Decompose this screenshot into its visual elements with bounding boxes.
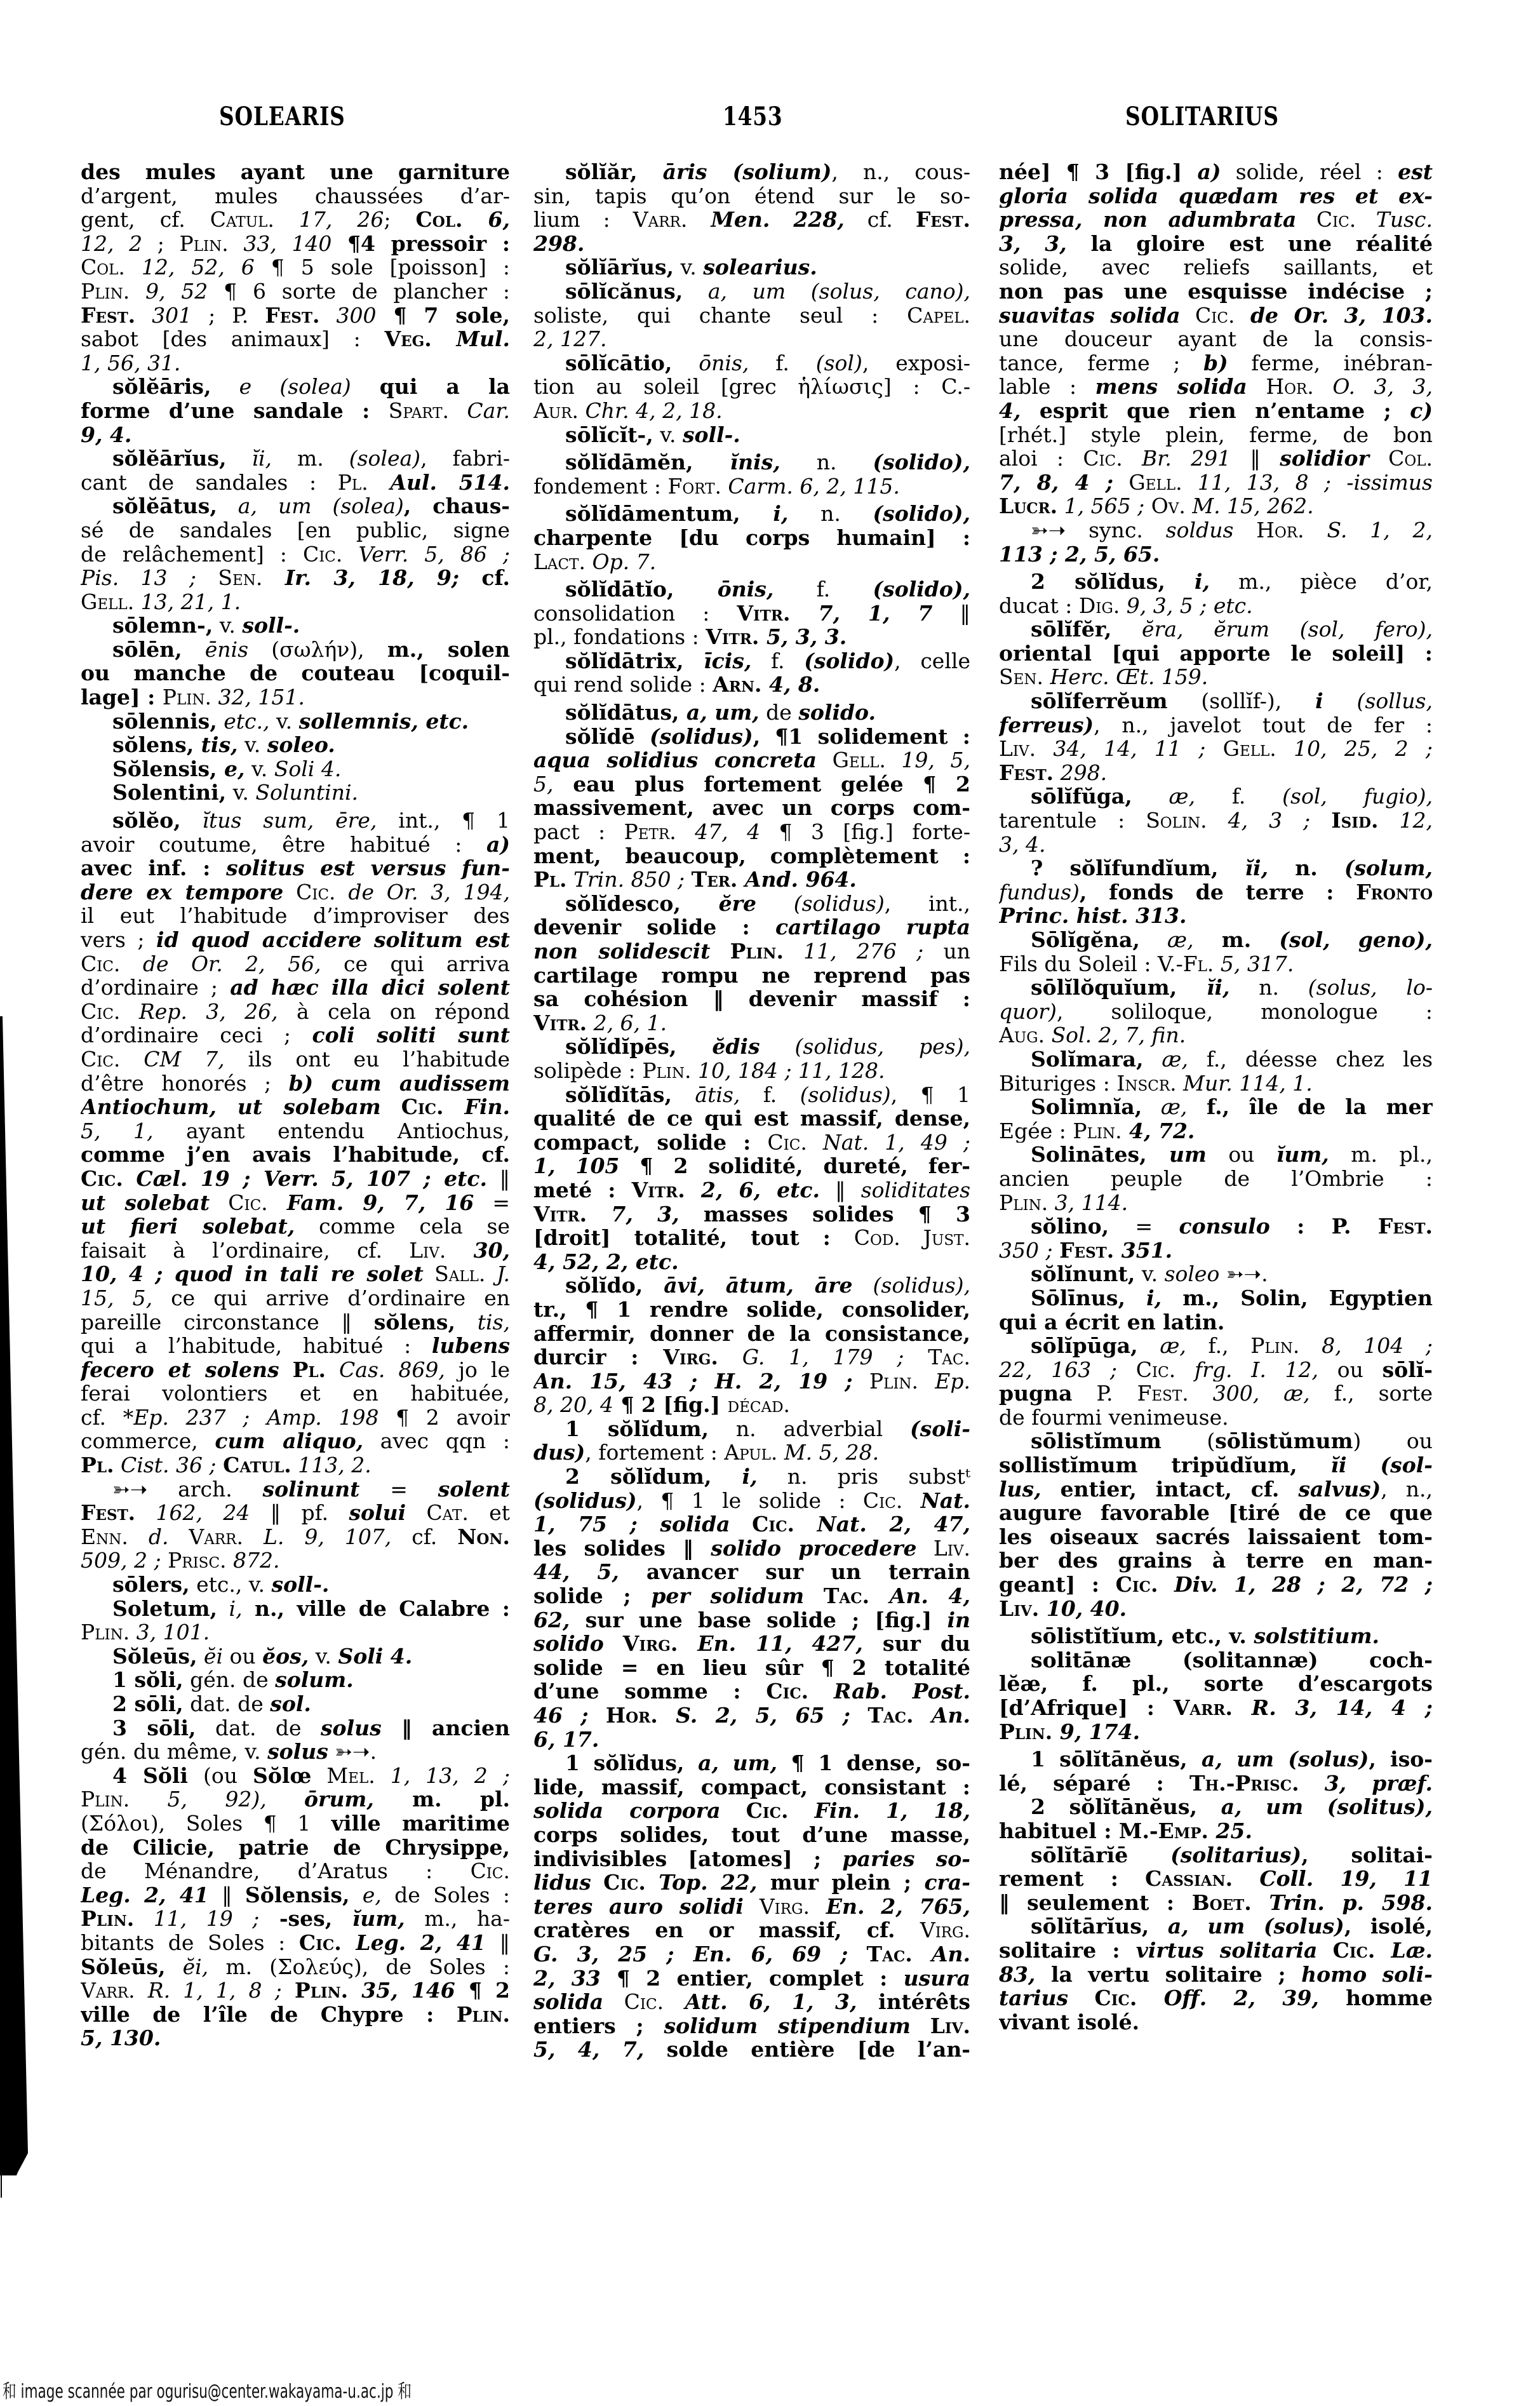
text-run: sur du xyxy=(863,1632,970,1656)
entry-headline: sŏlĭdāmentum, i, n. (solido), xyxy=(533,502,970,526)
text-run: (solidus) xyxy=(533,1489,637,1513)
text-run: ment, beaucoup, complètement : xyxy=(533,844,970,868)
text-run: Virg. xyxy=(623,1632,678,1656)
entry-line: 1, 75 ; solida Cic. Nat. 2, 47, xyxy=(533,1512,970,1536)
text-run: solus xyxy=(267,1740,328,1764)
entry-line: forme d’une sandale : Spart. Car. xyxy=(81,399,510,423)
text-run: Antiochum, ut solebam xyxy=(81,1095,381,1119)
text-run: , chaus- xyxy=(404,494,510,518)
text-run: sōlistĭtĭum, xyxy=(1031,1624,1164,1648)
text-run: 11, 13, 8 ; -issimus xyxy=(1182,471,1433,495)
text-run: d’argent, mules chaussées d’ar- xyxy=(81,184,510,208)
text-run: (solidus) xyxy=(800,1083,891,1107)
text-run: ce qui arrive d’ordinaire en xyxy=(152,1286,510,1310)
text-run: Gell. xyxy=(1223,737,1276,761)
entry-headline: Solimnĭa, æ, f., île de la mer xyxy=(999,1095,1433,1119)
text-run xyxy=(217,1453,224,1477)
text-run: solipède : xyxy=(533,1059,642,1083)
text-run: ; xyxy=(384,208,415,232)
entry-line: durcir : Virg. G. 1, 179 ; Tac. xyxy=(533,1345,970,1369)
text-run: ferai volontiers et en habituée, xyxy=(81,1381,510,1406)
text-run: Nat. xyxy=(902,1489,970,1513)
entry-headline: Sōlīnus, i, m., Solin, Egyptien xyxy=(999,1286,1433,1310)
text-run: ) ou xyxy=(1353,1429,1433,1453)
entry-line: qui rend solide : Arn. 4, 8. xyxy=(533,673,970,697)
entry-line: 298. xyxy=(533,232,970,256)
text-run: 17, 26 xyxy=(274,208,384,232)
text-run: sōlĭcĭt-, xyxy=(565,423,653,447)
entry-headline: Sŏleūs, ĕi ou ĕos, v. Soli 4. xyxy=(81,1644,510,1669)
entry-line: d’une somme : Cic. Rab. Post. xyxy=(533,1679,970,1704)
entry-line: des mules ayant une garniture xyxy=(81,160,510,184)
entry-line: Fest. 301 ; P. Fest. 300 ¶ 7 sole, xyxy=(81,304,510,328)
text-run: pact : xyxy=(533,820,624,844)
text-run: sé de sandales [en public, signe xyxy=(81,518,510,542)
entry-line: Aug. Sol. 2, 7, fin. xyxy=(999,1023,1433,1047)
entry-line: une douceur ayant de la consis- xyxy=(999,327,1433,351)
text-run: Mel. xyxy=(326,1764,375,1788)
text-run: 1, 75 ; solida xyxy=(533,1512,730,1536)
text-run xyxy=(1310,809,1331,833)
text-run: Vitr. xyxy=(706,625,759,649)
text-run: durcir : xyxy=(533,1345,663,1369)
text-run: teres auro solidi xyxy=(533,1895,744,1919)
text-run: Solĭmara, xyxy=(1031,1047,1143,1072)
entry-line: Sen. Herc. Œt. 159. xyxy=(999,665,1433,689)
text-run: solui xyxy=(349,1501,406,1525)
text-run: Sŏlensis, xyxy=(245,1883,350,1907)
text-run: L. 9, 107, xyxy=(243,1525,391,1549)
entry-line: 10, 4 ; quod in tali re solet Sall. J. xyxy=(81,1262,510,1286)
text-run: des mules ayant une garniture xyxy=(81,160,510,184)
text-run: Aur. xyxy=(533,399,579,423)
text-run: Cat. xyxy=(426,1501,468,1525)
entry-headline: sōlistĭtĭum, etc., v. solstitium. xyxy=(999,1624,1433,1648)
text-run: ils ont eu l’habitude xyxy=(225,1047,510,1072)
entry-line: ment, beaucoup, complètement : xyxy=(533,844,970,868)
text-run: 300 xyxy=(319,304,376,328)
text-run: ou xyxy=(1318,1358,1383,1382)
text-run: sōlĭferrĕum xyxy=(1031,689,1168,713)
entry-line: d’argent, mules chaussées d’ar- xyxy=(81,184,510,208)
text-run: m. pl., xyxy=(1329,1143,1433,1167)
text-run: de Ménandre, d’Aratus : xyxy=(81,1859,471,1883)
text-run: 4, xyxy=(999,399,1021,423)
text-run xyxy=(311,1764,326,1788)
entry-headline: sŏlens, tis, v. soleo. xyxy=(81,733,510,757)
text-run: tion au soleil [grec ἡλίωσις] : C.- xyxy=(533,375,970,399)
entry-headline: sōlĭfĕr, ĕra, ĕrum (sol, fero), xyxy=(999,617,1433,642)
text-run: de fourmi venimeuse. xyxy=(999,1406,1229,1430)
text-run: Solinātes, xyxy=(1031,1143,1147,1167)
entry-headline: sŏlĭdē (solidus), ¶1 solidement : xyxy=(533,725,970,749)
text-run: Sōlĭgĕna, xyxy=(1031,928,1140,952)
text-run: n., ville de Calabre : xyxy=(243,1597,510,1621)
text-run: Cic. xyxy=(81,1000,120,1024)
entry-line: Gell. 13, 21, 1. xyxy=(81,590,510,614)
scan-edge-shadow xyxy=(0,0,38,2406)
text-run: f. xyxy=(773,577,873,601)
text-run: , isolé, xyxy=(1344,1914,1433,1939)
text-run: soll-. xyxy=(242,614,300,638)
text-run: O. 3, 3, xyxy=(1314,375,1433,399)
text-run: tarius xyxy=(999,1986,1068,2010)
entry-line: 83, la vertu solitaire ; homo soli- xyxy=(999,1963,1433,1987)
entry-line: 3, 3, la gloire est une réalité xyxy=(999,232,1433,256)
text-run: solido. xyxy=(798,701,876,725)
entry-line: cf. *Ep. 237 ; Amp. 198 ¶ 2 avoir xyxy=(81,1406,510,1430)
text-run xyxy=(730,1512,753,1536)
text-run: solitānæ xyxy=(1031,1648,1131,1672)
text-run: ➳➝ sync. xyxy=(1031,518,1166,542)
text-run: d’ordinaire ceci ; xyxy=(81,1023,312,1047)
text-run: Cic. xyxy=(1116,1573,1158,1597)
text-run: Soluntini. xyxy=(255,781,358,805)
text-run: Mul. xyxy=(432,327,510,351)
text-run: Aug. xyxy=(999,1023,1045,1047)
text-run: m. xyxy=(272,447,349,471)
text-run: avoir coutume, être habitué : xyxy=(81,833,486,857)
text-run: Vitr. xyxy=(737,601,790,626)
text-run: sōlĭcātio, xyxy=(565,351,672,375)
text-run: les oiseaux sacrés laissaient tom- xyxy=(999,1525,1433,1549)
text-run: Princ. hist. 313. xyxy=(999,904,1187,928)
entry-line: charpente [du corps humain] : xyxy=(533,526,970,550)
text-run: 19, 5, xyxy=(886,748,970,772)
text-run: intérêts xyxy=(857,1990,970,2014)
text-run: 113 ; 2, 5, 65. xyxy=(999,542,1160,567)
text-run: , iso- xyxy=(1369,1747,1433,1771)
text-run xyxy=(591,1871,603,1895)
text-run: solida corpora xyxy=(533,1799,721,1823)
text-run: pl., fondations : xyxy=(533,625,706,649)
text-run: cf. xyxy=(845,208,916,232)
text-run: 62, xyxy=(533,1608,570,1632)
text-run: ĕre xyxy=(681,892,756,916)
text-run: f., xyxy=(1186,1334,1250,1358)
text-run: 3, 114. xyxy=(1048,1191,1128,1215)
text-run: une douceur ayant de la consis- xyxy=(999,327,1433,351)
text-run: Cæl. 19 ; Verr. 5, 107 ; etc. xyxy=(123,1167,487,1191)
text-run: et xyxy=(469,1501,510,1525)
text-run: (solitannæ) xyxy=(1131,1648,1369,1672)
text-run: non pas une esquisse indécise ; xyxy=(999,279,1433,304)
text-run: oriental [qui apporte le soleil] : xyxy=(999,642,1433,666)
text-run: avec inf. : xyxy=(81,856,226,880)
text-run: sŏlĭārĭus, xyxy=(565,255,674,279)
text-run: i, xyxy=(1125,1286,1162,1310)
entry-line: lium : Varr. Men. 228, cf. Fest. xyxy=(533,208,970,232)
entry-line: 5, 1, ayant entendu Antiochus, xyxy=(81,1119,510,1143)
text-run: (sol, fugio), xyxy=(1282,784,1433,809)
text-run: tance, ferme ; xyxy=(999,351,1203,375)
entry-line: Cic. Cæl. 19 ; Verr. 5, 107 ; etc. ‖ xyxy=(81,1167,510,1191)
text-run: Varr. xyxy=(81,1979,135,2003)
entry-line: Aur. Chr. 4, 2, 18. xyxy=(533,399,970,423)
entry-line: 509, 2 ; Prisc. 872. xyxy=(81,1549,510,1573)
text-run: (sollĭf-), xyxy=(1168,689,1316,713)
text-run xyxy=(282,1979,295,2003)
text-run: : P. xyxy=(1270,1214,1378,1239)
text-run: id quod accidere solitum est xyxy=(156,928,510,952)
text-run: sŏlĭdātĭo, xyxy=(565,577,674,601)
entry-headline: Solentini, v. Soluntini. xyxy=(81,781,510,805)
entry-line: Fest. 162, 24 ‖ pf. solui Cat. et xyxy=(81,1501,510,1525)
entry-line: Egée : Plin. 4, 72. xyxy=(999,1119,1433,1143)
entry-line: 46 ; Hor. S. 2, 5, 65 ; Tac. An. xyxy=(533,1704,970,1728)
text-run: G. 1, 179 ; xyxy=(718,1345,904,1369)
entry-line: lable : mens solida Hor. O. 3, 3, xyxy=(999,375,1433,399)
text-run: ou xyxy=(1207,1143,1276,1167)
text-run xyxy=(817,748,833,772)
entry-line: Antiochum, ut solebam Cic. Fin. xyxy=(81,1095,510,1119)
text-run: ? sŏlĭfundĭum, xyxy=(1031,856,1218,880)
text-run: 509, 2 ; xyxy=(81,1549,161,1573)
text-run: Plin. xyxy=(999,1191,1048,1215)
entry-headline: Solĭmara, æ, f., déesse chez les xyxy=(999,1047,1433,1072)
text-run: e (solea) xyxy=(211,375,351,399)
text-run: e, xyxy=(217,757,245,781)
text-run: æ, xyxy=(1138,1334,1186,1358)
text-run: (solidus) xyxy=(635,725,753,749)
text-run: i, xyxy=(1165,570,1210,594)
text-run: Pl. xyxy=(293,1358,326,1382)
entry-line: Vitr. 2, 6, 1. xyxy=(533,1011,970,1035)
text-run: ‖ pf. xyxy=(250,1501,349,1525)
text-run: tarentule : xyxy=(999,809,1146,833)
text-run: Nat. 1, 49 ; xyxy=(807,1131,970,1155)
text-run: solstitium. xyxy=(1254,1624,1379,1648)
text-run: sŏlĭdāmentum, xyxy=(565,502,740,526)
text-run: solitus est versus fun- xyxy=(226,856,510,880)
entry-line: fondement : Fort. Carm. 6, 2, 115. xyxy=(533,474,970,499)
entry-line: de relâchement] : Cic. Verr. 5, 86 ; xyxy=(81,542,510,567)
text-run: solido xyxy=(533,1632,604,1656)
text-run: ‖ xyxy=(209,1883,245,1907)
entry-headline: sŏlĕārĭus, ĭi, m. (solea), fabri- xyxy=(81,447,510,471)
text-run: soll-. xyxy=(272,1573,330,1597)
text-run: 1, 56, 31. xyxy=(81,351,180,375)
text-run: ĭi, xyxy=(227,447,272,471)
text-run: (solus, lo- xyxy=(1308,976,1433,1000)
running-head-left: SOLEARIS xyxy=(219,102,345,131)
entry-headline: sŏlĭdĭpēs, ĕdis (solidus, pes), xyxy=(533,1035,970,1059)
text-run: Mur. 114, 1. xyxy=(1177,1072,1313,1096)
text-run: f. xyxy=(1195,784,1282,809)
entry-line: dere ex tempore Cic. de Or. 3, 194, xyxy=(81,880,510,904)
text-run: meté : xyxy=(533,1178,632,1202)
entry-headline: sŏlĭdāmĕn, ĭnis, n. (solido), xyxy=(533,450,970,474)
text-run: la vertu solitaire ; xyxy=(1035,1963,1301,1987)
entry-line: geant] : Cic. Div. 1, 28 ; 2, 72 ; xyxy=(999,1573,1433,1597)
entry-line: ferai volontiers et en habituée, xyxy=(81,1381,510,1406)
text-run: dere ex tempore xyxy=(81,880,283,904)
text-run: Fl. xyxy=(1183,952,1214,976)
text-run xyxy=(1181,304,1196,328)
entry-line: quor), soliloque, monologue : xyxy=(999,1000,1433,1024)
entry-line: d’ordinaire ; ad hæc illa dici solent xyxy=(81,976,510,1000)
entry-line: fecero et solens Pl. Cas. 869, jo le xyxy=(81,1358,510,1382)
text-run: de Or. 2, 56, xyxy=(120,952,321,976)
text-run: a, um (solitus), xyxy=(1197,1795,1433,1819)
text-run: (sol, fero), xyxy=(1269,617,1433,642)
entry-line: G. 3, 25 ; En. 6, 69 ; Tac. An. xyxy=(533,1942,970,1966)
text-run: sŏlens, xyxy=(112,733,194,757)
text-run: est xyxy=(1398,160,1433,184)
text-run: , n., cous- xyxy=(831,160,970,184)
text-run: affermir, donner de la consistance, xyxy=(533,1322,970,1346)
entry-line: Pl. Trin. 850 ; Ter. And. 964. xyxy=(533,868,970,892)
text-run: a, um (solus) xyxy=(1149,1914,1344,1939)
text-run: Cic. xyxy=(863,1489,902,1513)
text-run: ville de l’île de Chypre : xyxy=(81,2003,457,2027)
entry-headline: 2 sōli, dat. de sol. xyxy=(81,1692,510,1716)
entry-headline: sŏlĕātus, a, um (solea), chaus- xyxy=(81,494,510,518)
entry-line: qualité de ce qui est massif, dense, xyxy=(533,1106,970,1131)
text-run: habituel : M.- xyxy=(999,1819,1158,1843)
text-run: ¶ 2 avoir xyxy=(378,1406,510,1430)
text-run: m. (Σολεύς), de Soles : xyxy=(208,1955,510,1979)
entry-headline: Sŏlensis, e, v. Soli 4. xyxy=(81,757,510,781)
entry-line: 15, 5, ce qui arrive d’ordinaire en xyxy=(81,1286,510,1310)
text-run: Cic. xyxy=(81,952,120,976)
text-run: 872. xyxy=(227,1549,280,1573)
entry-line: 12, 2 ; Plin. 33, 140 ¶4 pressoir : xyxy=(81,232,510,256)
entry-line: (Σόλοι), Soles ¶ 1 ville maritime xyxy=(81,1811,510,1836)
entry-headline: sōlēn, ēnis (σωλήν), m., solen xyxy=(81,638,510,662)
text-run: Fin. xyxy=(444,1095,510,1119)
text-run: 8, 104 ; xyxy=(1299,1334,1433,1358)
text-run: décad. xyxy=(728,1393,790,1417)
entry-line: solide, avec reliefs saillants, et xyxy=(999,255,1433,279)
text-run: f. xyxy=(749,351,815,375)
text-run: sōlĭfĕr, xyxy=(1031,617,1111,642)
text-run: 2, 33 xyxy=(533,1966,601,1991)
text-run: entier, intact, cf. xyxy=(1041,1477,1299,1502)
entry-line: 7, 8, 4 ; Gell. 11, 13, 8 ; -issimus xyxy=(999,471,1433,495)
entry-headline: sōlĭpūga, æ, f., Plin. 8, 104 ; xyxy=(999,1334,1433,1358)
text-run: sŏlĕātus, xyxy=(112,494,217,518)
text-run: Tusc. xyxy=(1356,208,1433,232)
text-run: per solidum xyxy=(651,1584,804,1608)
text-run: solide, réel : xyxy=(1221,160,1398,184)
text-run: sōlēn, xyxy=(112,638,182,662)
text-run xyxy=(381,1095,401,1119)
text-run: v. xyxy=(309,1644,338,1669)
text-run: Liv. xyxy=(999,1597,1039,1621)
entry-line: Fils du Soleil : V.-Fl. 5, 317. xyxy=(999,952,1433,976)
text-run: virtus solitaria xyxy=(1136,1939,1318,1963)
entry-headline: sōlĭtārĭē (solitarius), solitai- xyxy=(999,1843,1433,1867)
text-run: , celle xyxy=(894,649,970,673)
entry-line: pl., fondations : Vitr. 5, 3, 3. xyxy=(533,625,970,649)
text-run: 3, præf. xyxy=(1299,1771,1433,1796)
entry-line: Bituriges : Inscr. Mur. 114, 1. xyxy=(999,1072,1433,1096)
text-run: 4 Sŏli xyxy=(112,1764,188,1788)
text-run: ut fieri solebat, xyxy=(81,1214,295,1239)
text-run: solida xyxy=(533,1990,603,2014)
text-run: coch- xyxy=(1369,1648,1433,1672)
text-run: ĕos, xyxy=(262,1644,309,1669)
text-run: ‖ xyxy=(820,1178,861,1202)
text-run: Plin. xyxy=(1250,1334,1299,1358)
entry-line: cratères en or massif, cf. Virg. xyxy=(533,1918,970,1942)
text-run: (σωλήν), xyxy=(248,638,387,662)
entry-line: 113 ; 2, 5, 65. xyxy=(999,542,1433,567)
entry-line: affermir, donner de la consistance, xyxy=(533,1322,970,1346)
text-run: eau plus fortement gelée ¶ 2 xyxy=(554,772,971,796)
text-run: Tac. xyxy=(824,1584,869,1608)
text-run: ĭi (sol- xyxy=(1297,1453,1433,1477)
text-run: Fronto xyxy=(1356,880,1433,904)
text-run: solum. xyxy=(275,1668,354,1692)
entry-line: devenir solide : cartilago rupta xyxy=(533,915,970,939)
text-run: 3, 101. xyxy=(130,1620,210,1644)
text-run: v. xyxy=(674,255,703,279)
text-run: Cic. xyxy=(296,880,335,904)
text-run: sōlers, xyxy=(112,1573,190,1597)
text-run: solinunt xyxy=(263,1477,360,1502)
text-run: *Ep. 237 ; Amp. 198 xyxy=(123,1406,379,1430)
text-run: charpente [du corps humain] : xyxy=(533,526,970,550)
text-run: 12, 52, 6 xyxy=(125,255,255,279)
entry-line: solido Virg. En. 11, 427, sur du xyxy=(533,1632,970,1656)
text-run: n. adverbial xyxy=(709,1417,910,1441)
text-run: lable : xyxy=(999,375,1095,399)
entry-line: tance, ferme ; b) ferme, inébran- xyxy=(999,351,1433,375)
text-run: An. 4, xyxy=(869,1584,970,1608)
entry-headline: sŏlĕo, ĭtus sum, ēre, int., ¶ 1 xyxy=(81,809,510,833)
entry-headline: Soletum, i, n., ville de Calabre : xyxy=(81,1597,510,1621)
entry-line: Liv. 10, 40. xyxy=(999,1597,1433,1621)
text-run: Lact. xyxy=(533,550,586,574)
entry-line: cartilage rompu ne reprend pas xyxy=(533,964,970,988)
text-run: quor) xyxy=(999,1000,1057,1024)
text-run: pareille circonstance ‖ xyxy=(81,1310,374,1334)
text-run: Soletum, xyxy=(112,1597,217,1621)
text-run: dus) xyxy=(533,1441,585,1465)
text-run: ĭtus sum, ēre, xyxy=(181,809,377,833)
text-run: solide = en lieu sûr ¶ 2 totalité xyxy=(533,1656,970,1680)
entry-line: tr., ¶ 1 rendre solide, consolider, xyxy=(533,1298,970,1322)
text-run: vivant isolé. xyxy=(999,2010,1139,2034)
text-run: sollemnis, etc. xyxy=(299,709,469,734)
text-run: comme j’en avais l’habitude, cf. xyxy=(81,1143,510,1167)
entry-line: Pis. 13 ; Sen. Ir. 3, 18, 9; cf. xyxy=(81,566,510,590)
text-run: aqua solidius concreta xyxy=(533,748,817,772)
entry-line: ou manche de couteau [coquil- xyxy=(81,661,510,685)
text-run: Arn. xyxy=(713,673,761,697)
text-run: 34, 14, 11 ; xyxy=(1036,737,1205,761)
text-run: Inscr. xyxy=(1116,1072,1176,1096)
text-run: R. 3, 14, 4 ; xyxy=(1233,1696,1433,1720)
entry-line: augure favorable [tiré de ce que xyxy=(999,1501,1433,1525)
entry-line: lus, entier, intact, cf. salvus), n., xyxy=(999,1477,1433,1502)
text-run: cf. xyxy=(459,566,510,590)
text-run xyxy=(685,868,692,892)
entry-line: solide = en lieu sûr ¶ 2 totalité xyxy=(533,1656,970,1680)
text-run: v. xyxy=(226,781,255,805)
entry-line: pugna P. Fest. 300, æ, f., sorte xyxy=(999,1381,1433,1406)
text-run: mens solida xyxy=(1095,375,1247,399)
text-run: consulo xyxy=(1179,1214,1270,1239)
text-run: Sŏlœ xyxy=(253,1764,311,1788)
text-run: bitants de Soles : xyxy=(81,1931,299,1955)
text-run: ĕra, ĕrum xyxy=(1111,617,1269,642)
text-run: , n., javelot tout de fer : xyxy=(1094,713,1433,737)
text-run: Top. 22, xyxy=(646,1871,757,1895)
entry-line: 5, eau plus fortement gelée ¶ 2 xyxy=(533,772,970,796)
